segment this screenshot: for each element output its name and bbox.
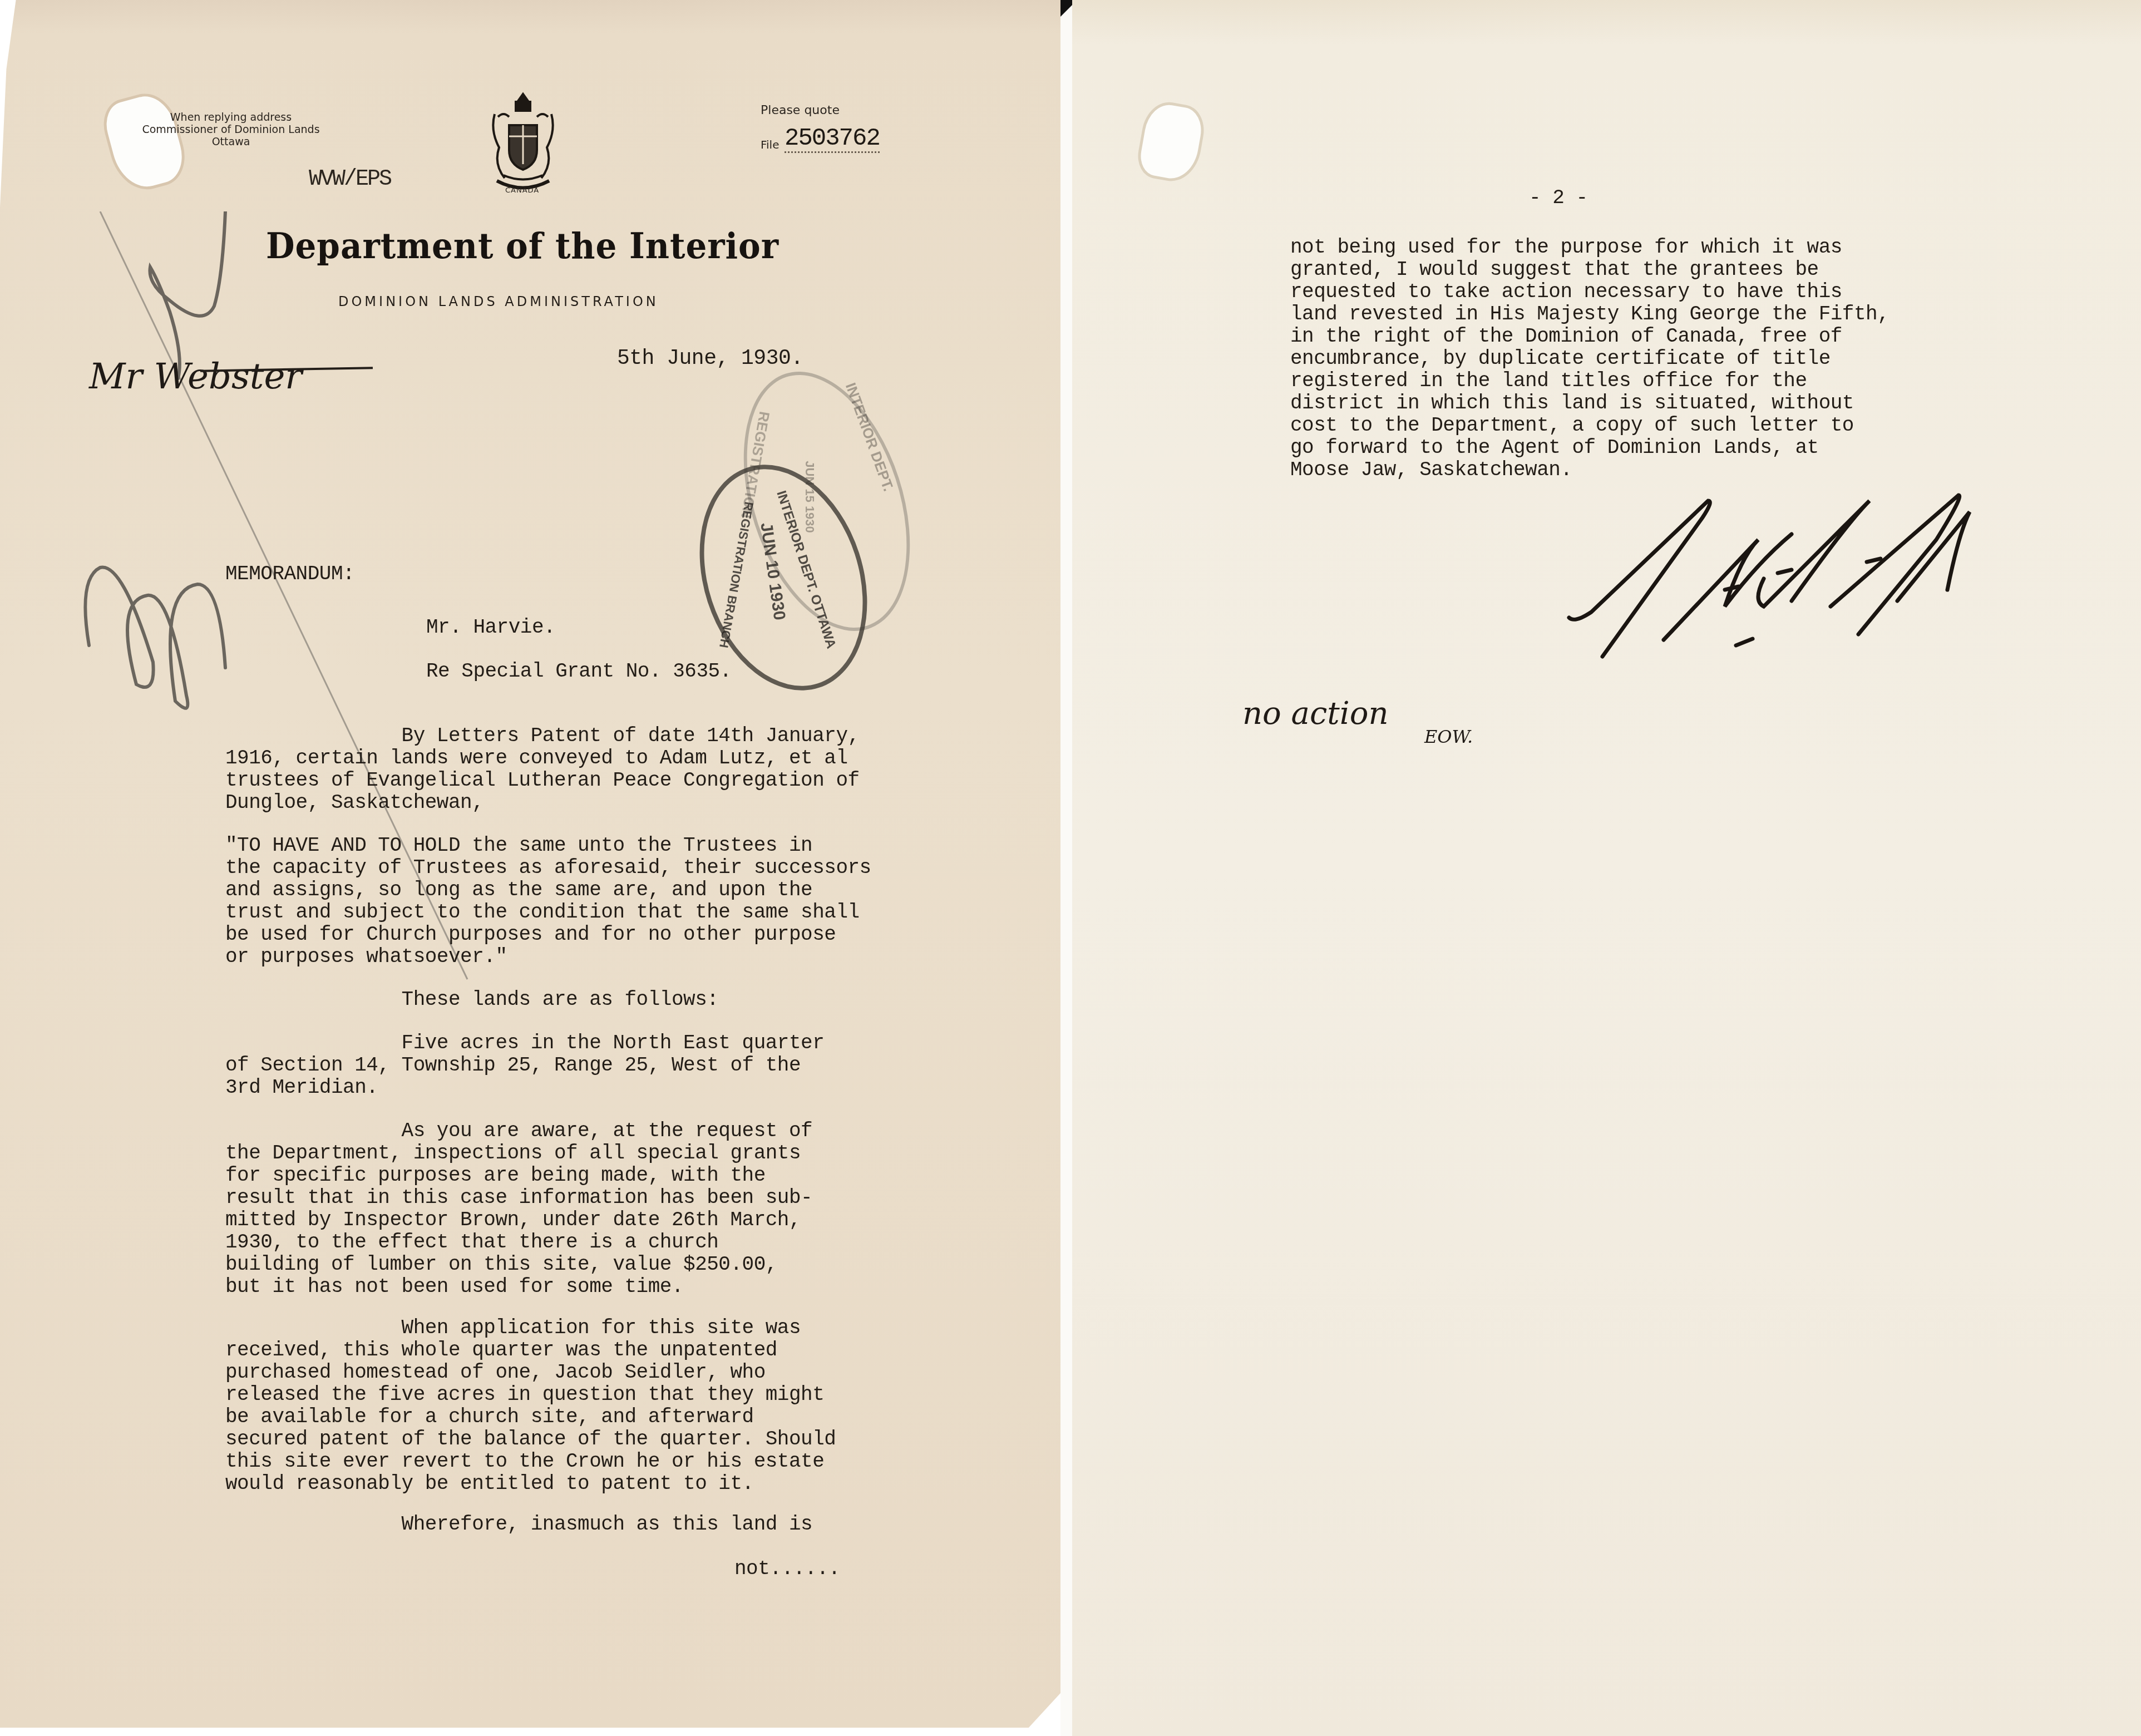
paragraph-wherefore: Wherefore, inasmuch as this land is bbox=[225, 1513, 1004, 1536]
reference-initials: WVW/EPS bbox=[309, 167, 391, 192]
please-quote-label: Please quote bbox=[761, 103, 840, 117]
paragraph-inspection: As you are aware, at the request of the … bbox=[225, 1120, 1004, 1298]
reply-address-line: Ottawa bbox=[139, 136, 323, 148]
paragraph-habendum-quote: "TO HAVE AND TO HOLD the same unto the T… bbox=[225, 835, 1004, 968]
handwritten-webster-note: Mr Webster bbox=[89, 356, 302, 397]
paragraph-recommendation: not being used for the purpose for which… bbox=[1290, 236, 2125, 481]
paragraph-letters-patent: By Letters Patent of date 14th January, … bbox=[225, 725, 1004, 814]
reply-address-block: When replying address Commissioner of Do… bbox=[139, 111, 323, 148]
reply-address-line: Commissioner of Dominion Lands bbox=[139, 124, 323, 136]
memo-subject: Re Special Grant No. 3635. bbox=[426, 660, 732, 683]
memo-addressee: Mr. Harvie. bbox=[426, 617, 555, 639]
paragraph-application-history: When application for this site was recei… bbox=[225, 1317, 1004, 1495]
handwritten-initials: EOW. bbox=[1424, 726, 1473, 747]
file-label: File bbox=[761, 138, 779, 151]
file-number: 2503762 bbox=[785, 126, 880, 153]
coat-of-arms-caption: CANADA bbox=[505, 186, 539, 195]
reply-address-line: When replying address bbox=[139, 111, 323, 124]
page-gutter bbox=[1060, 0, 1072, 1736]
page-number: - 2 - bbox=[1529, 187, 1588, 209]
memo-date: 5th June, 1930. bbox=[617, 348, 803, 370]
paragraph-lands-intro: These lands are as follows: bbox=[225, 989, 1004, 1011]
memo-heading: MEMORANDUM: bbox=[225, 563, 354, 585]
continuation-marker: not...... bbox=[734, 1558, 840, 1580]
coat-of-arms-icon bbox=[487, 92, 559, 192]
paragraph-land-description: Five acres in the North East quarter of … bbox=[225, 1032, 1004, 1099]
handwritten-no-action-note: no action bbox=[1242, 696, 1389, 732]
signature-icon bbox=[1558, 490, 2059, 668]
